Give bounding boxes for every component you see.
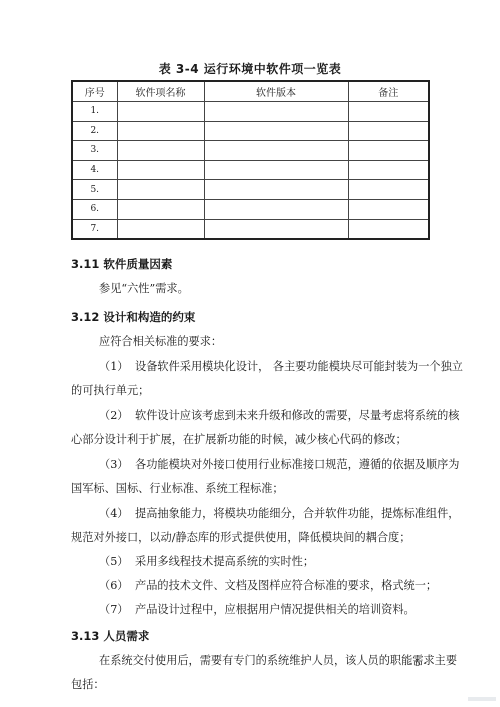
list-item-2-cont: 心部分设计利于扩展，在扩展新功能的时候，减少核心代码的修改； [71, 433, 431, 446]
software-items-table: 序号 软件项名称 软件版本 备注 1. 2. 3. 4. 5. 6. 7. [71, 80, 430, 240]
row-index: 7. [72, 219, 117, 239]
item-number: （7） [99, 603, 135, 616]
list-item-3: （3）各功能模块对外接口使用行业标准接口规范，遵循的依据及顺序为 [71, 458, 459, 471]
table-row: 3. [72, 141, 429, 161]
cell [348, 102, 429, 122]
cell [204, 219, 348, 239]
cell [204, 141, 348, 161]
page-number: - 5 - [409, 659, 427, 669]
list-item-6: （6）产品的技术文件、文档及图样应符合标准的要求，格式统一； [71, 579, 459, 592]
list-item-1-cont: 的可执行单元； [71, 384, 431, 397]
item-number: （2） [99, 409, 135, 422]
list-item-4: （4）提高抽象能力，将模块功能细分，合并软件功能，提炼标准组件， [71, 507, 459, 520]
list-item-4-cont: 规范对外接口，以动/静态库的形式提供使用，降低模块间的耦合度； [71, 531, 431, 544]
table-header-row: 序号 软件项名称 软件版本 备注 [72, 81, 429, 102]
section-heading-3-12: 3.12 设计和构造的约束 [71, 309, 195, 325]
row-index: 5. [72, 180, 117, 200]
paragraph: 在系统交付使用后，需要有专门的系统维护人员，该人员的职能需求主要 [71, 654, 459, 667]
list-item-7: （7）产品设计过程中，应根据用户情况提供相关的培训资料。 [71, 603, 459, 616]
list-item-5: （5）采用多线程技术提高系统的实时性； [71, 555, 459, 568]
section-heading-3-11: 3.11 软件质量因素 [71, 256, 172, 272]
watermark [468, 697, 496, 701]
row-index: 1. [72, 102, 117, 122]
cell [348, 180, 429, 200]
cell [204, 121, 348, 141]
item-number: （6） [99, 579, 135, 592]
row-index: 6. [72, 199, 117, 219]
cell [117, 160, 204, 180]
item-number: （1） [99, 360, 135, 373]
paragraph: 参见“六性”需求。 [71, 282, 459, 295]
list-item-2: （2）软件设计应该考虑到未来升级和修改的需要，尽量考虑将系统的核 [71, 409, 459, 422]
cell [117, 141, 204, 161]
list-item-3-cont: 国军标、国标、行业标准、系统工程标准； [71, 482, 431, 495]
row-index: 3. [72, 141, 117, 161]
row-index: 2. [72, 121, 117, 141]
table-row: 7. [72, 219, 429, 239]
cell [204, 180, 348, 200]
cell [348, 121, 429, 141]
paragraph-intro: 应符合相关标准的要求： [71, 335, 459, 348]
item-number: （4） [99, 507, 135, 520]
cell [348, 141, 429, 161]
item-number: （3） [99, 458, 135, 471]
table-caption: 表 3-4 运行环境中软件项一览表 [0, 60, 500, 77]
item-number: （5） [99, 555, 135, 568]
table-row: 6. [72, 199, 429, 219]
cell [348, 219, 429, 239]
cell [117, 102, 204, 122]
column-header-name: 软件项名称 [117, 81, 204, 102]
cell [117, 199, 204, 219]
column-header-index: 序号 [72, 81, 117, 102]
table-row: 1. [72, 102, 429, 122]
table-row: 5. [72, 180, 429, 200]
cell [204, 102, 348, 122]
cell [117, 180, 204, 200]
table-row: 4. [72, 160, 429, 180]
section-heading-3-13: 3.13 人员需求 [71, 628, 149, 644]
list-item-1: （1）设备软件采用模块化设计， 各主要功能模块尽可能封装为一个独立 [71, 360, 459, 373]
column-header-remarks: 备注 [348, 81, 429, 102]
cell [204, 160, 348, 180]
cell [204, 199, 348, 219]
cell [348, 160, 429, 180]
paragraph-cont: 包括： [71, 678, 431, 691]
cell [117, 121, 204, 141]
row-index: 4. [72, 160, 117, 180]
column-header-version: 软件版本 [204, 81, 348, 102]
table-row: 2. [72, 121, 429, 141]
cell [117, 219, 204, 239]
cell [348, 199, 429, 219]
